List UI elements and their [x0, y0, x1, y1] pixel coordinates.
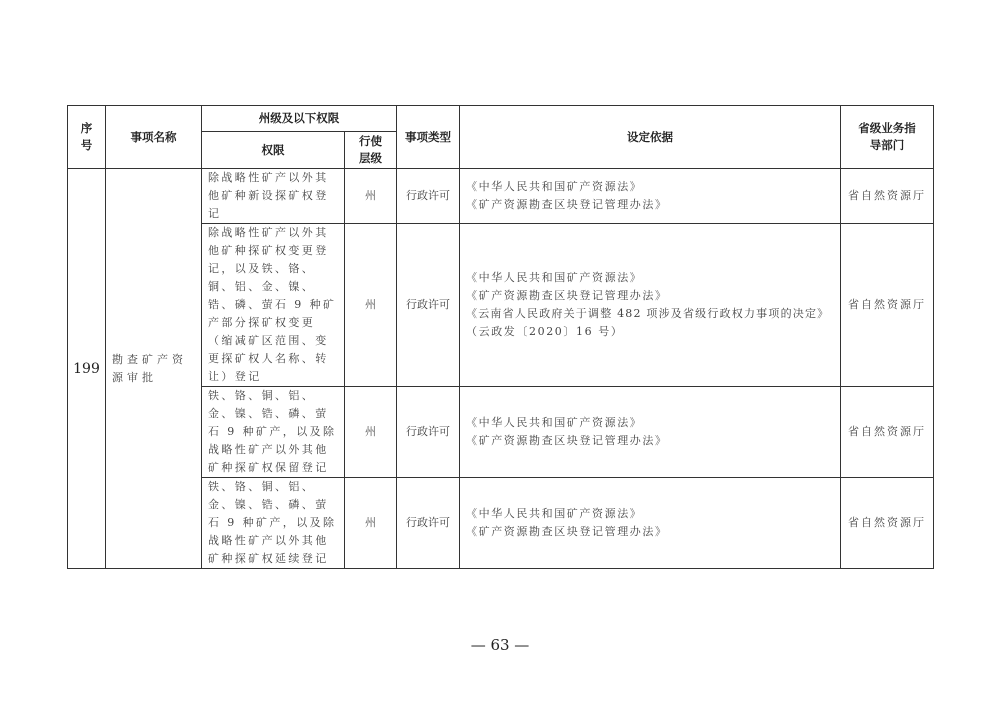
table-row: 199 勘查矿产资源审批 除战略性矿产以外其他矿种新设探矿权登记 州 行政许可 …	[68, 169, 934, 224]
basis-cell: 《中华人民共和国矿产资源法》 《矿产资源勘查区块登记管理办法》	[460, 387, 841, 478]
authority-cell: 除战略性矿产以外其他矿种探矿权变更登记，以及铁、铬、铜、铝、金、镍、锆、磷、萤石…	[202, 224, 345, 387]
authority-cell: 除战略性矿产以外其他矿种新设探矿权登记	[202, 169, 345, 224]
level-cell: 州	[345, 169, 397, 224]
basis-line: 《中华人民共和国矿产资源法》	[466, 414, 834, 432]
page-number: — 63 —	[0, 636, 1000, 654]
header-basis: 设定依据	[460, 106, 841, 169]
header-dept: 省级业务指导部门	[841, 106, 934, 169]
dept-cell: 省自然资源厅	[841, 478, 934, 569]
authority-cell: 铁、铬、铜、铝、金、镍、锆、磷、萤石 9 种矿产，以及除战略性矿产以外其他矿种探…	[202, 387, 345, 478]
basis-line: 《中华人民共和国矿产资源法》	[466, 505, 834, 523]
level-cell: 州	[345, 224, 397, 387]
header-seq: 序号	[68, 106, 106, 169]
basis-line: 《中华人民共和国矿产资源法》	[466, 269, 834, 287]
basis-line: 《矿产资源勘查区块登记管理办法》	[466, 523, 834, 541]
item-type-cell: 行政许可	[397, 478, 460, 569]
basis-line: 《中华人民共和国矿产资源法》	[466, 178, 834, 196]
basis-line: 《矿产资源勘查区块登记管理办法》	[466, 432, 834, 450]
basis-cell: 《中华人民共和国矿产资源法》 《矿产资源勘查区块登记管理办法》	[460, 478, 841, 569]
dept-cell: 省自然资源厅	[841, 224, 934, 387]
basis-line: （云政发〔2020〕16 号）	[466, 323, 834, 341]
header-authority: 权限	[202, 132, 345, 169]
basis-line: 《矿产资源勘查区块登记管理办法》	[466, 196, 834, 214]
item-type-cell: 行政许可	[397, 387, 460, 478]
dept-cell: 省自然资源厅	[841, 387, 934, 478]
basis-line: 《矿产资源勘查区块登记管理办法》	[466, 287, 834, 305]
authority-table: 序号 事项名称 州级及以下权限 事项类型 设定依据 省级业务指导部门 权限 行使…	[67, 105, 934, 569]
header-item-name: 事项名称	[106, 106, 202, 169]
basis-line: 《云南省人民政府关于调整 482 项涉及省级行政权力事项的决定》	[466, 305, 834, 323]
item-name-cell: 勘查矿产资源审批	[106, 169, 202, 569]
item-type-cell: 行政许可	[397, 169, 460, 224]
authority-cell: 铁、铬、铜、铝、金、镍、锆、磷、萤石 9 种矿产，以及除战略性矿产以外其他矿种探…	[202, 478, 345, 569]
header-item-type: 事项类型	[397, 106, 460, 169]
basis-cell: 《中华人民共和国矿产资源法》 《矿产资源勘查区块登记管理办法》 《云南省人民政府…	[460, 224, 841, 387]
level-cell: 州	[345, 478, 397, 569]
basis-cell: 《中华人民共和国矿产资源法》 《矿产资源勘查区块登记管理办法》	[460, 169, 841, 224]
header-level: 行使层级	[345, 132, 397, 169]
item-type-cell: 行政许可	[397, 224, 460, 387]
level-cell: 州	[345, 387, 397, 478]
dept-cell: 省自然资源厅	[841, 169, 934, 224]
header-authority-group: 州级及以下权限	[202, 106, 397, 132]
seq-cell: 199	[68, 169, 106, 569]
